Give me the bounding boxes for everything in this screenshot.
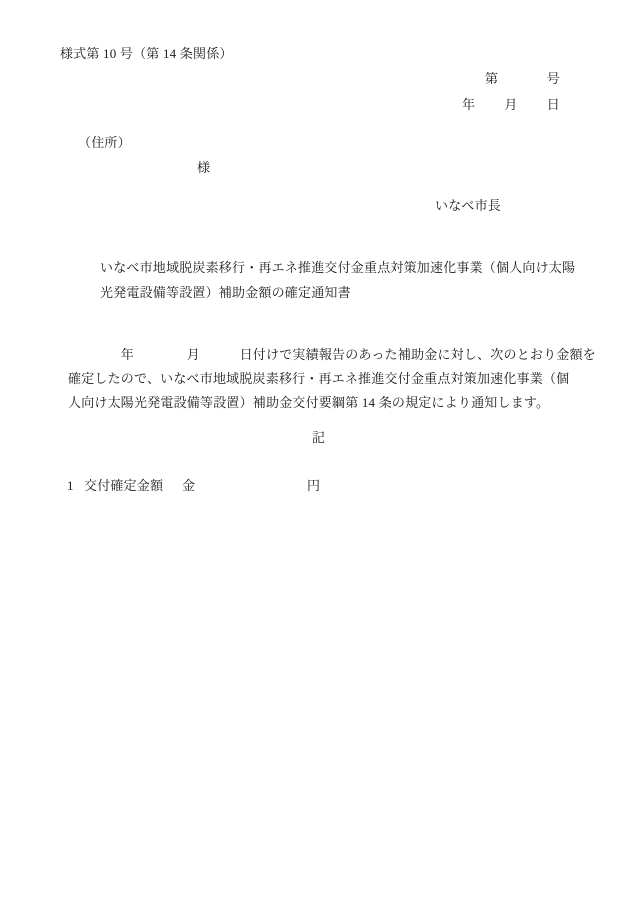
amount-suffix: 円 <box>307 479 320 494</box>
date-line: 年 月 日 <box>462 98 560 113</box>
title-line-2: 光発電設備等設置）補助金額の確定通知書 <box>100 286 351 301</box>
form-number-line: 様式第 10 号（第 14 条関係） <box>60 47 233 62</box>
body-line-1: 年 月 日付けで実績報告のあった補助金に対し、次のとおり金額を <box>68 348 596 363</box>
address-label: （住所） <box>78 136 131 151</box>
ki-marker: 記 <box>312 431 325 446</box>
body-line-3: 人向け太陽光発電設備等設置）補助金交付要綱第 14 条の規定により通知します。 <box>68 396 549 411</box>
amount-prefix: 金 <box>182 479 195 494</box>
document-page: 様式第 10 号（第 14 条関係） 第 号 年 月 日 （住所） 様 いなべ市… <box>0 0 630 903</box>
item-label: 交付確定金額 <box>84 479 163 494</box>
doc-number-suffix: 号 <box>547 72 560 87</box>
body-line-2: 確定したので、いなべ市地域脱炭素移行・再エネ推進交付金重点対策加速化事業（個 <box>68 372 569 387</box>
sender-name: いなべ市長 <box>435 199 501 214</box>
item-number: 1 <box>67 479 74 494</box>
date-month-label: 月 <box>504 98 517 113</box>
recipient-honorific: 様 <box>197 161 210 176</box>
title-line-1: いなべ市地域脱炭素移行・再エネ推進交付金重点対策加速化事業（個人向け太陽 <box>100 261 575 276</box>
date-day-label: 日 <box>547 98 560 113</box>
doc-number-prefix: 第 <box>485 72 498 87</box>
doc-number-line: 第 号 <box>485 72 560 87</box>
date-year-label: 年 <box>462 98 475 113</box>
